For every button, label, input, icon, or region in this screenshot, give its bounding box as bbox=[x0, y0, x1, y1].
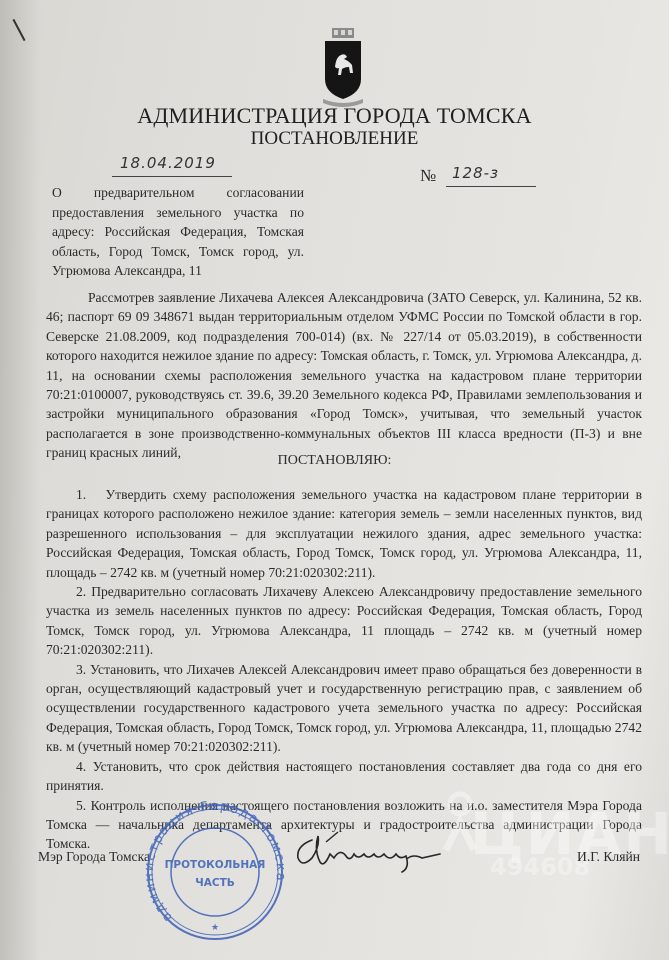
date-value: 18.04.2019 bbox=[120, 154, 216, 172]
official-stamp: администрация Города Томска ПРОТОКОЛЬНАЯ… bbox=[145, 800, 285, 948]
number-field: 128-з bbox=[446, 166, 536, 187]
decree-item-4: 4. Установить, что срок действия настоящ… bbox=[46, 757, 642, 796]
signatory-name: И.Г. Кляйн bbox=[577, 849, 640, 865]
preamble: Рассмотрев заявление Лихачева Алексея Ал… bbox=[46, 288, 642, 463]
decree-items: 1. Утвердить схему расположения земельно… bbox=[46, 485, 642, 854]
number-label: № bbox=[420, 166, 436, 186]
decree-item-1: 1. Утвердить схему расположения земельно… bbox=[46, 485, 642, 582]
handwritten-signature bbox=[290, 828, 480, 878]
decree-item-2: 2. Предварительно согласовать Лихачеву А… bbox=[46, 582, 642, 660]
organization-title: АДМИНИСТРАЦИЯ ГОРОДА ТОМСКА bbox=[0, 103, 669, 129]
decree-item-3: 3. Установить, что Лихачев Алексей Алекс… bbox=[46, 660, 642, 757]
signatory-position: Мэр Города Томска bbox=[38, 849, 150, 865]
watermark-number: 494608 bbox=[490, 853, 590, 881]
stamp-star-icon: ★ bbox=[211, 922, 219, 932]
document-subject: О предварительном согласовании предостав… bbox=[52, 183, 304, 281]
decree-heading: ПОСТАНОВЛЯЮ: bbox=[0, 453, 669, 469]
preamble-text: Рассмотрев заявление Лихачева Алексея Ал… bbox=[46, 288, 642, 463]
stamp-center-line2: ЧАСТЬ bbox=[195, 877, 234, 889]
tomsk-coat-of-arms-icon bbox=[321, 27, 365, 107]
number-value: 128-з bbox=[452, 164, 499, 182]
document-kind: ПОСТАНОВЛЕНИЕ bbox=[0, 128, 669, 150]
date-field: 18.04.2019 bbox=[112, 154, 232, 177]
stamp-center-line1: ПРОТОКОЛЬНАЯ bbox=[165, 859, 266, 871]
